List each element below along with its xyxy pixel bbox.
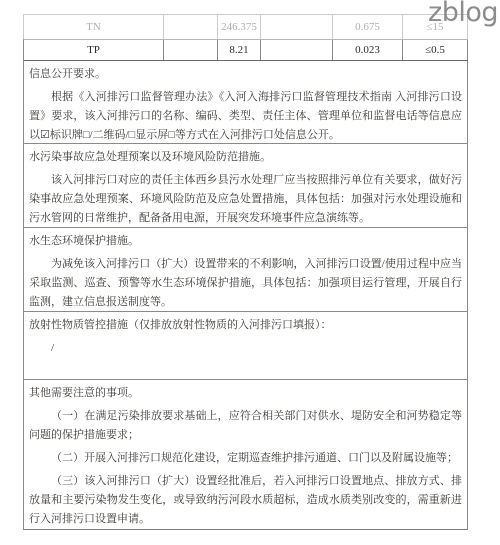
section-eco-protection: 水生态环境保护措施。 为减免该入河排污口（扩大）设置带来的不利影响，入河排污口设…: [24, 227, 467, 311]
section-other-notes: 其他需要注意的事项。 （一）在满足污染排放要求基础上，应符合相关部门对供水、堤防…: [24, 379, 467, 529]
table-cell-limit: ≤0.5: [403, 40, 468, 60]
section-paragraph-item1: （一）在满足污染排放要求基础上，应符合相关部门对供水、堤防安全和河势稳定等问题的…: [29, 407, 462, 445]
table-row-tn: TN 246.375 0.675 ≤15: [23, 14, 468, 39]
table-cell-empty: [261, 15, 333, 39]
table-cell-value: 246.375: [218, 15, 261, 39]
table-cell-empty: [164, 15, 218, 39]
section-heading: 放射性物质管控措施（仅排放放射性物质的入河排污口填报）：: [29, 316, 462, 335]
table-cell-concentration: 0.023: [333, 40, 403, 60]
table-cell-concentration: 0.675: [333, 15, 403, 39]
outfall-approval-document: TN 246.375 0.675 ≤15 TP 8.21 0.023 ≤0.5 …: [23, 14, 468, 530]
pollutant-limits-table: TN 246.375 0.675 ≤15 TP 8.21 0.023 ≤0.5: [23, 14, 468, 61]
section-heading: 水污染事故应急处理预案以及环境风险防范措施。: [29, 148, 462, 167]
section-paragraph-item2: （二）开展入河排污口规范化建设，定期巡查维护排污通道、口门以及附属设施等；: [29, 449, 462, 468]
table-cell-value: 8.21: [218, 40, 261, 60]
section-paragraph-item3: （三）该入河排污口（扩大）设置经批准后，若入河排污口设置地点、排放方式、排放量和…: [29, 472, 462, 529]
section-heading: 其他需要注意的事项。: [29, 384, 462, 403]
section-paragraph: 为减免该入河排污口（扩大）设置带来的不利影响，入河排污口设置/使用过程中应当采取…: [29, 255, 462, 311]
table-row-tp: TP 8.21 0.023 ≤0.5: [23, 39, 468, 61]
table-cell-empty: [164, 40, 218, 60]
section-heading: 信息公开要求。: [29, 65, 462, 84]
section-heading: 水生态环境保护措施。: [29, 232, 462, 251]
section-paragraph: /: [29, 339, 462, 358]
document-sections: 信息公开要求。 根据《入河排污口监督管理办法》《入河入海排污口监督管理技术指南 …: [23, 61, 468, 530]
table-cell-parameter: TP: [24, 40, 164, 60]
table-cell-parameter: TN: [24, 15, 164, 39]
document-page: zblog TN 246.375 0.675 ≤15 TP 8.21 0.023…: [0, 0, 500, 545]
section-paragraph: 根据《入河排污口监督管理办法》《入河入海排污口监督管理技术指南 入河排污口设置》…: [29, 88, 462, 143]
section-radioactive-control: 放射性物质管控措施（仅排放放射性物质的入河排污口填报）： /: [24, 311, 467, 379]
section-information-disclosure: 信息公开要求。 根据《入河排污口监督管理办法》《入河入海排污口监督管理技术指南 …: [24, 61, 467, 143]
table-cell-empty: [261, 40, 333, 60]
section-emergency-plan: 水污染事故应急处理预案以及环境风险防范措施。 该入河排污口对应的责任主体西乡县污…: [24, 143, 467, 227]
section-paragraph: 该入河排污口对应的责任主体西乡县污水处理厂应当按照排污单位有关要求，做好污染事故…: [29, 171, 462, 227]
zblog-watermark: zblog: [428, 0, 498, 30]
